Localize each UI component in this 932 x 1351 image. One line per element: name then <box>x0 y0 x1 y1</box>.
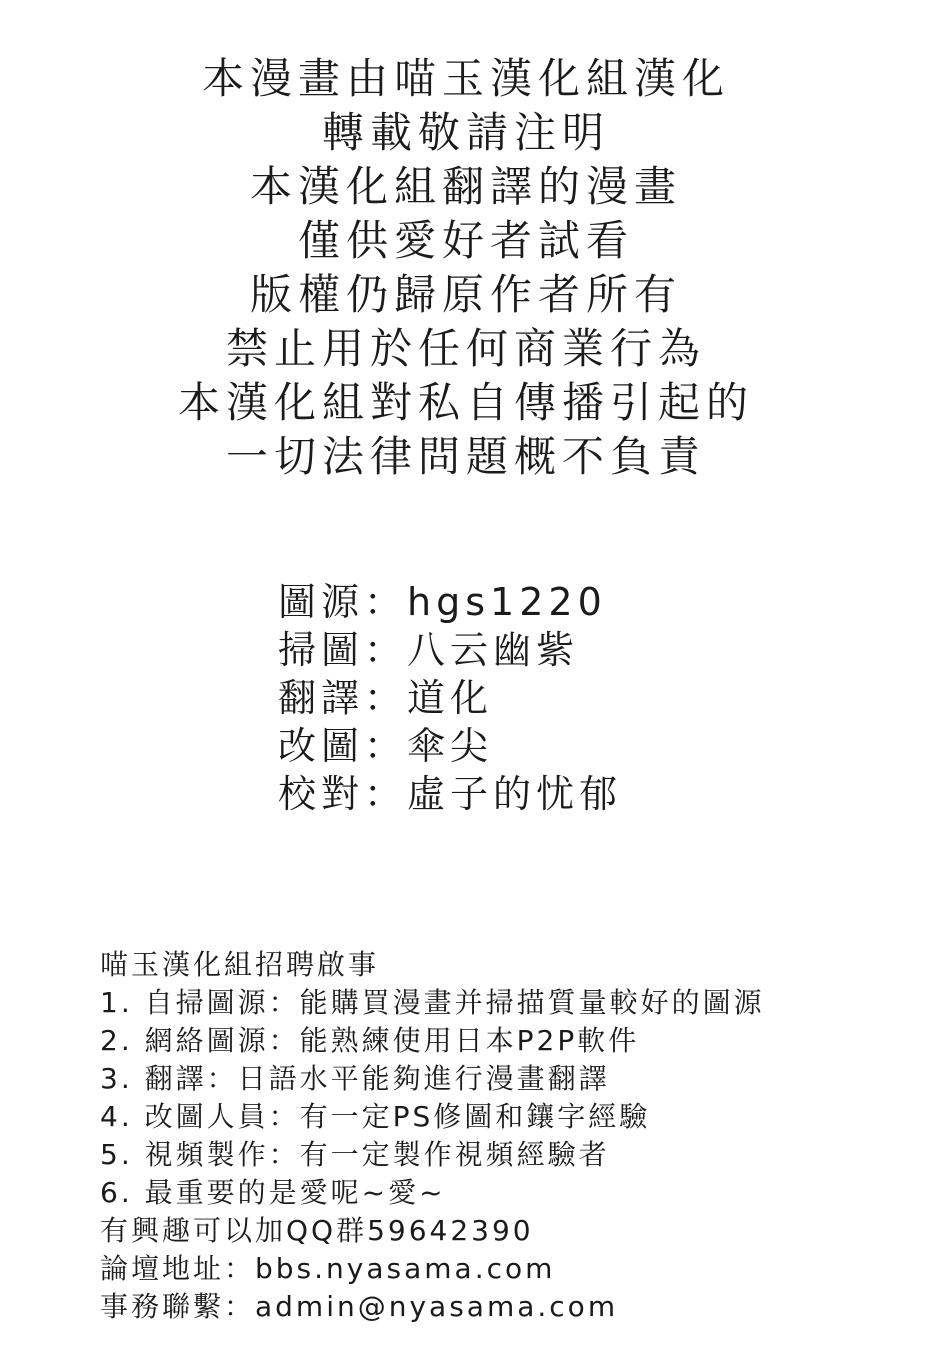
credit-name: 八云幽紫 <box>407 628 579 672</box>
credit-role: 校對 <box>278 772 364 816</box>
credits-block: 圖源：hgs1220 掃圖：八云幽紫 翻譯：道化 改圖：傘尖 校對：虛子的忧郁 <box>278 578 622 818</box>
recruitment-block: 喵玉漢化組招聘啟事 1. 自掃圖源：能購買漫畫并掃描質量較好的圖源 2. 網絡圖… <box>100 946 765 1326</box>
recruitment-contact-line: 事務聯繫：admin@nyasama.com <box>100 1288 765 1326</box>
credit-name: hgs1220 <box>407 580 607 624</box>
credit-row-scan: 掃圖：八云幽紫 <box>278 626 622 674</box>
scanlation-credits-page: 本漫畫由喵玉漢化組漢化 轉載敬請注明 本漢化組翻譯的漫畫 僅供愛好者試看 版權仍… <box>0 0 932 1351</box>
credit-role: 改圖 <box>278 724 364 768</box>
credit-separator: ： <box>364 628 407 672</box>
credit-separator: ： <box>364 772 407 816</box>
disclaimer-line: 轉載敬請注明 <box>0 106 932 160</box>
disclaimer-line: 僅供愛好者試看 <box>0 214 932 268</box>
credit-row-editing: 改圖：傘尖 <box>278 722 622 770</box>
credit-separator: ： <box>364 724 407 768</box>
recruitment-line: 4. 改圖人員：有一定PS修圖和鑲字經驗 <box>100 1098 765 1136</box>
recruitment-line: 3. 翻譯：日語水平能夠進行漫畫翻譯 <box>100 1060 765 1098</box>
credit-row-proofreading: 校對：虛子的忧郁 <box>278 770 622 818</box>
recruitment-forum-line: 論壇地址：bbs.nyasama.com <box>100 1250 765 1288</box>
recruitment-line: 5. 視頻製作：有一定製作視頻經驗者 <box>100 1136 765 1174</box>
credit-separator: ： <box>364 580 407 624</box>
credit-role: 圖源 <box>278 580 364 624</box>
credit-role: 翻譯 <box>278 676 364 720</box>
recruitment-qq-line: 有興趣可以加QQ群59642390 <box>100 1212 765 1250</box>
credit-name: 道化 <box>407 676 493 720</box>
disclaimer-line: 本漫畫由喵玉漢化組漢化 <box>0 52 932 106</box>
credit-role: 掃圖 <box>278 628 364 672</box>
credit-row-source: 圖源：hgs1220 <box>278 578 622 626</box>
disclaimer-line: 本漢化組對私自傳播引起的 <box>0 376 932 430</box>
disclaimer-block: 本漫畫由喵玉漢化組漢化 轉載敬請注明 本漢化組翻譯的漫畫 僅供愛好者試看 版權仍… <box>0 52 932 484</box>
disclaimer-line: 本漢化組翻譯的漫畫 <box>0 160 932 214</box>
recruitment-line: 2. 網絡圖源：能熟練使用日本P2P軟件 <box>100 1022 765 1060</box>
credit-separator: ： <box>364 676 407 720</box>
disclaimer-line: 版權仍歸原作者所有 <box>0 268 932 322</box>
disclaimer-line: 禁止用於任何商業行為 <box>0 322 932 376</box>
recruitment-line: 1. 自掃圖源：能購買漫畫并掃描質量較好的圖源 <box>100 984 765 1022</box>
disclaimer-line: 一切法律問題概不負責 <box>0 430 932 484</box>
recruitment-title: 喵玉漢化組招聘啟事 <box>100 946 765 984</box>
credit-row-translation: 翻譯：道化 <box>278 674 622 722</box>
recruitment-line: 6. 最重要的是愛呢~愛~ <box>100 1174 765 1212</box>
credit-name: 虛子的忧郁 <box>407 772 622 816</box>
credit-name: 傘尖 <box>407 724 493 768</box>
